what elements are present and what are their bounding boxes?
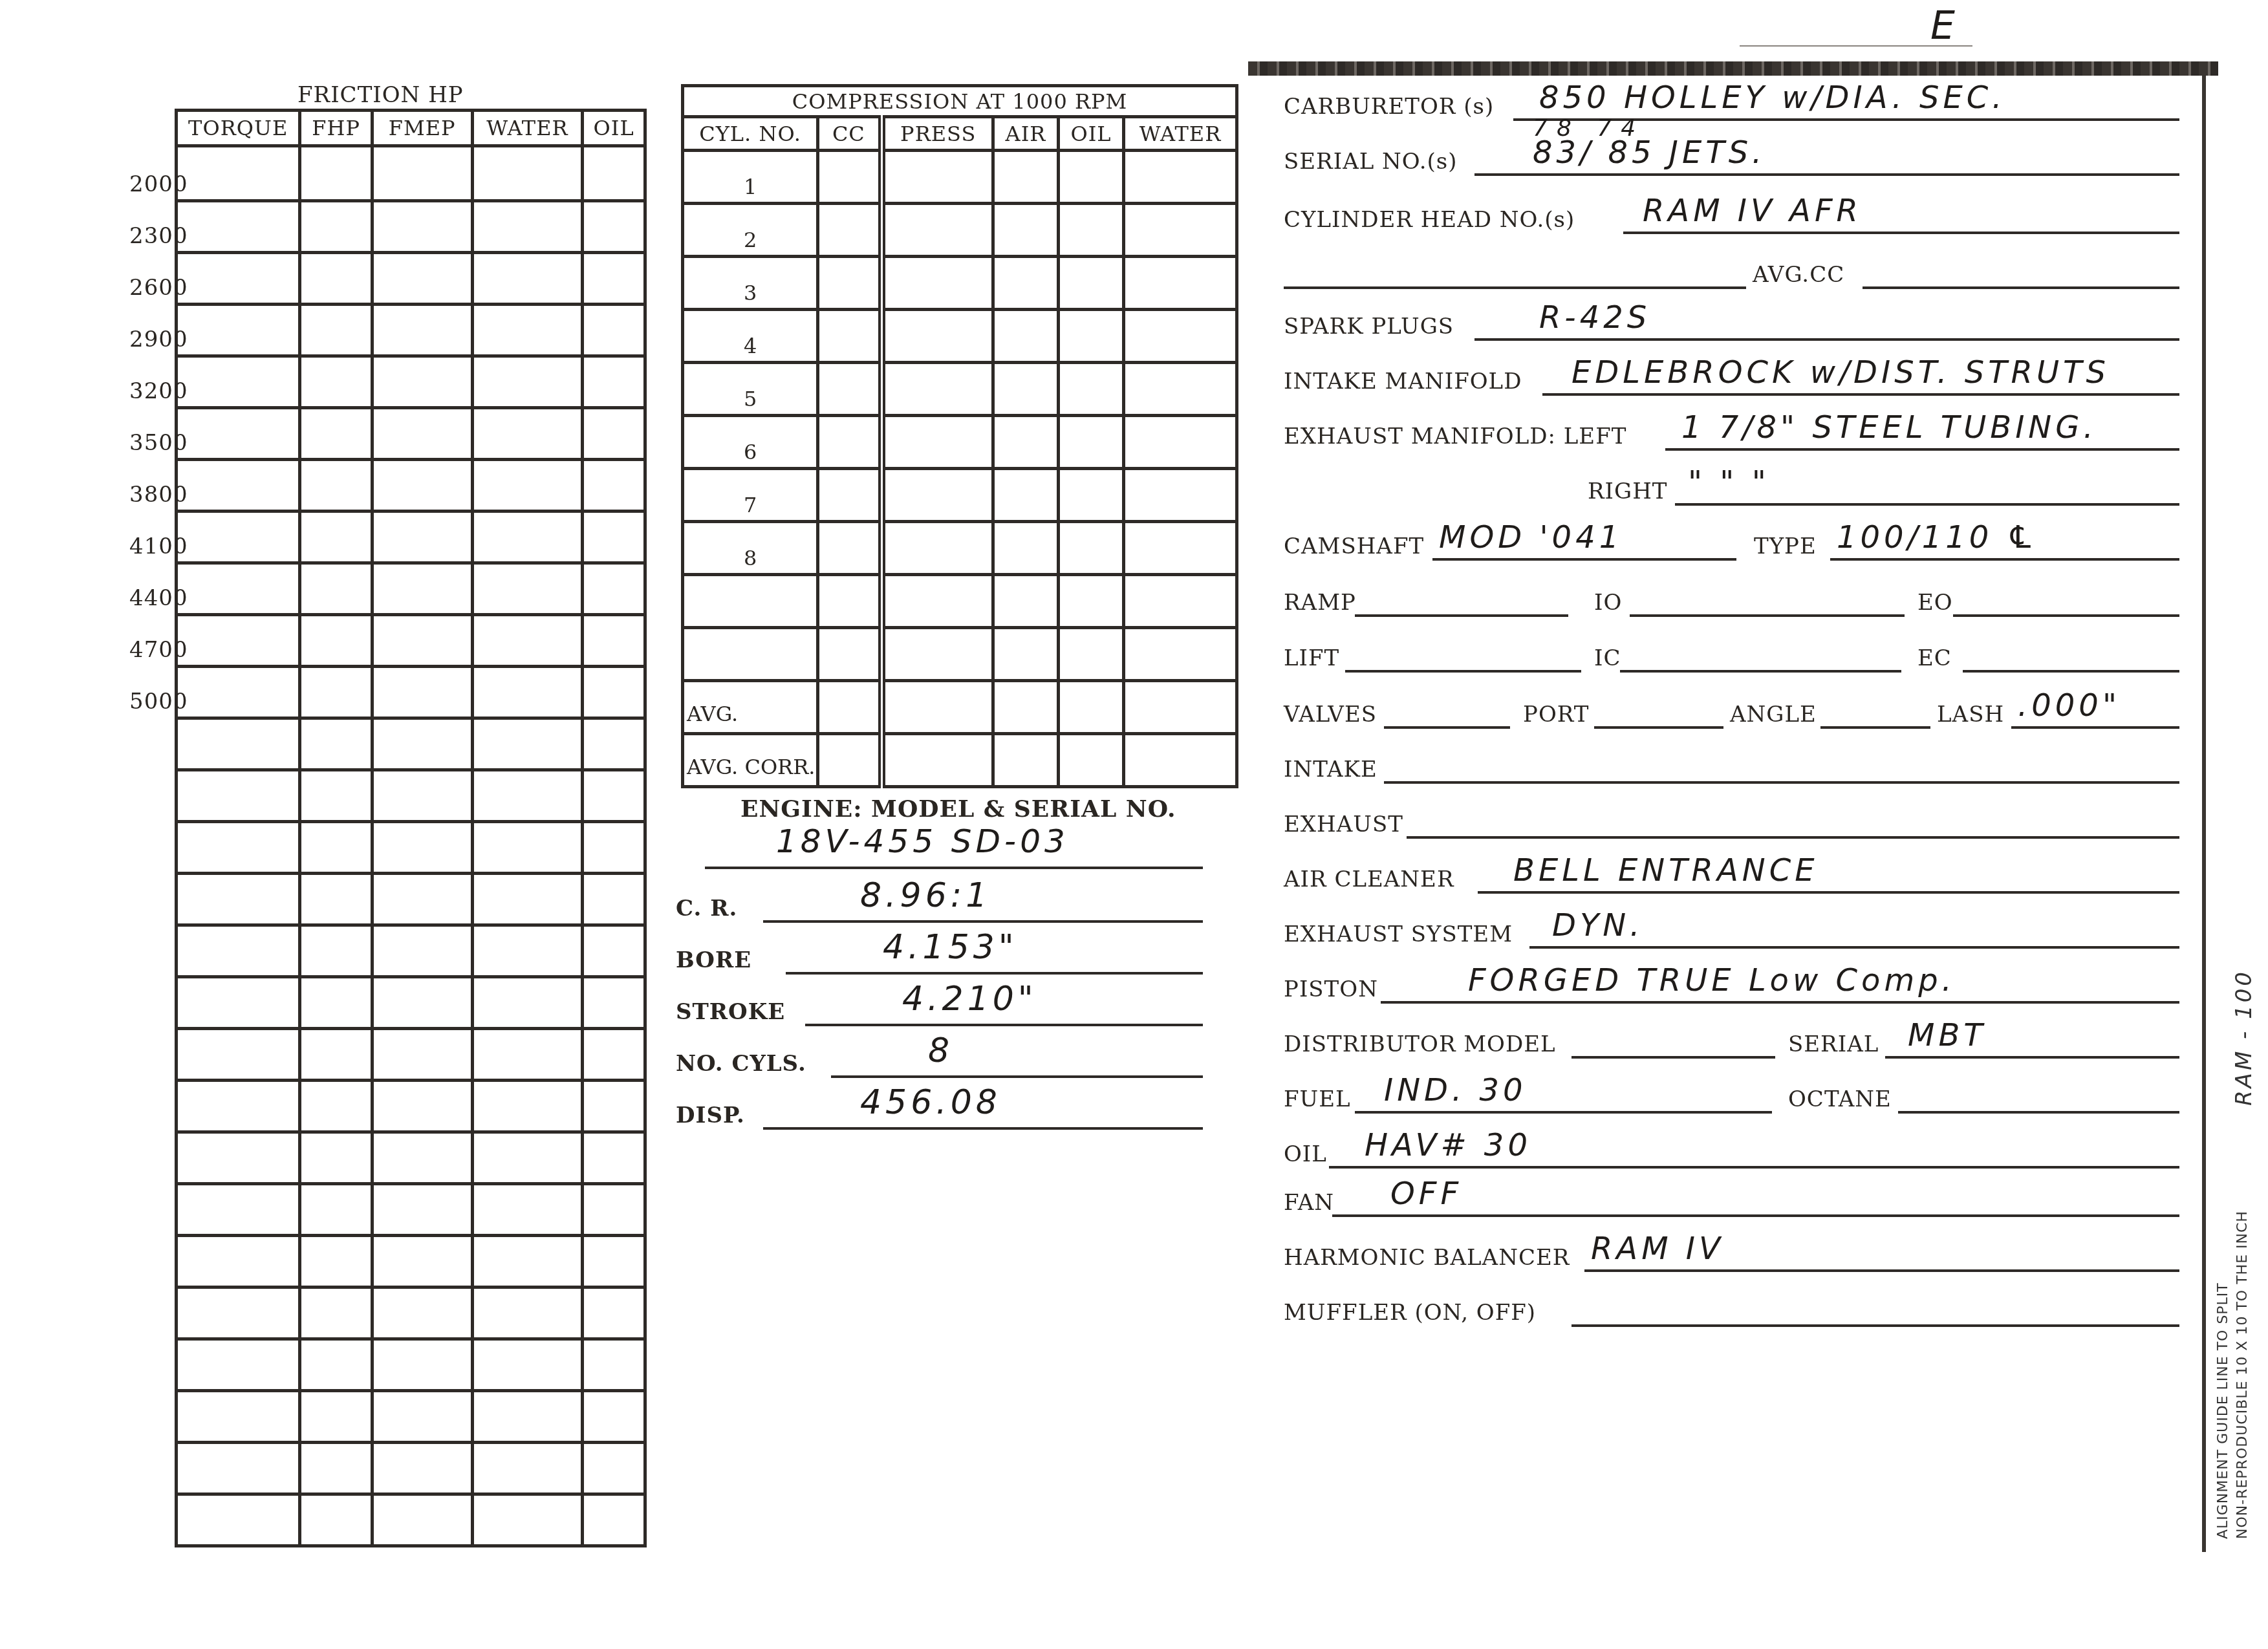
friction-cell[interactable] — [583, 1236, 645, 1288]
friction-cell[interactable] — [300, 718, 372, 770]
friction-cell[interactable] — [177, 615, 300, 667]
friction-cell[interactable] — [372, 667, 472, 718]
distributor-serial-line — [1885, 1056, 2179, 1059]
exhaust-left-label: EXHAUST MANIFOLD: LEFT — [1284, 424, 1626, 449]
compression-cell[interactable] — [818, 416, 881, 469]
friction-cell[interactable] — [300, 512, 372, 563]
compression-cell[interactable] — [818, 151, 881, 204]
ic-field[interactable] — [1620, 631, 1901, 669]
compression-row — [683, 628, 1237, 681]
friction-cell[interactable] — [472, 770, 583, 822]
friction-cell[interactable] — [472, 1236, 583, 1288]
io-field[interactable] — [1630, 576, 1905, 613]
friction-cell[interactable] — [472, 201, 583, 253]
cylinder-number-cell: 3 — [683, 257, 818, 310]
distributor-model-field[interactable] — [1571, 1017, 1775, 1055]
compression-cell[interactable] — [1124, 204, 1237, 257]
friction-cell[interactable] — [472, 1081, 583, 1132]
compression-row: AVG. CORR. — [683, 734, 1237, 787]
exhaust-right-line — [1675, 503, 2179, 506]
friction-cell[interactable] — [472, 925, 583, 977]
friction-cell[interactable] — [300, 822, 372, 874]
friction-rpm-label: 4400 — [129, 585, 188, 611]
friction-cell[interactable] — [583, 874, 645, 925]
port-field[interactable] — [1594, 687, 1723, 725]
friction-cell[interactable] — [372, 356, 472, 408]
friction-cell[interactable] — [583, 563, 645, 615]
compression-cell[interactable] — [993, 575, 1058, 628]
compression-cell[interactable] — [993, 522, 1058, 575]
friction-cell[interactable] — [583, 1132, 645, 1184]
friction-row — [177, 770, 645, 822]
compression-row: 4 — [683, 310, 1237, 363]
valve-exhaust-line — [1407, 836, 2179, 839]
compression-cell[interactable] — [1059, 575, 1124, 628]
friction-cell[interactable] — [177, 253, 300, 305]
friction-cell[interactable] — [472, 253, 583, 305]
friction-cell[interactable] — [372, 1494, 472, 1546]
compression-cell[interactable] — [993, 363, 1058, 416]
friction-cell[interactable] — [300, 253, 372, 305]
friction-cell[interactable] — [472, 1029, 583, 1081]
friction-cell[interactable] — [300, 874, 372, 925]
compression-row: 8 — [683, 522, 1237, 575]
compression-cell[interactable] — [881, 416, 993, 469]
lash-field[interactable]: .000" — [2018, 687, 2186, 725]
friction-cell[interactable] — [372, 146, 472, 201]
compression-cell[interactable] — [881, 204, 993, 257]
friction-cell[interactable] — [583, 1494, 645, 1546]
compression-cell[interactable] — [1059, 363, 1124, 416]
friction-cell[interactable] — [300, 460, 372, 512]
friction-cell[interactable] — [583, 615, 645, 667]
friction-cell[interactable] — [583, 460, 645, 512]
friction-cell[interactable] — [372, 615, 472, 667]
friction-cell[interactable] — [583, 512, 645, 563]
friction-cell[interactable] — [300, 1029, 372, 1081]
octane-field[interactable] — [1898, 1072, 2179, 1110]
friction-cell[interactable] — [372, 822, 472, 874]
compression-cell[interactable] — [1124, 469, 1237, 522]
exhaust-left-field[interactable]: 1 7/8" STEEL TUBING. — [1681, 409, 2196, 447]
engine-field-label: STROKE — [676, 999, 785, 1025]
exhaust-right-field[interactable]: " " " — [1688, 464, 2192, 502]
friction-cell[interactable] — [583, 822, 645, 874]
serial-no-line — [1474, 173, 2179, 176]
friction-cell[interactable] — [372, 1339, 472, 1391]
compression-cell[interactable] — [881, 310, 993, 363]
compression-cell[interactable] — [993, 257, 1058, 310]
cylinder-number-cell: AVG. — [683, 681, 818, 734]
air-cleaner-field[interactable]: BELL ENTRANCE — [1513, 852, 2215, 890]
cylinder-label: 2 — [684, 208, 816, 252]
friction-cell[interactable] — [472, 305, 583, 356]
friction-cell[interactable] — [583, 1184, 645, 1236]
compression-cell[interactable] — [881, 151, 993, 204]
cam-type-field[interactable]: 100/110 ℄ — [1837, 519, 2186, 557]
compression-row: 5 — [683, 363, 1237, 416]
friction-cell[interactable] — [583, 1288, 645, 1339]
friction-hp-table: TORQUEFHPFMEPWATEROIL — [175, 109, 647, 1547]
compression-cell[interactable] — [1059, 628, 1124, 681]
friction-cell[interactable] — [300, 667, 372, 718]
cylinder-head-field[interactable]: RAM IV AFR — [1643, 193, 2199, 230]
compression-cell[interactable] — [1124, 151, 1237, 204]
compression-cell[interactable] — [818, 469, 881, 522]
compression-cell[interactable] — [1059, 734, 1124, 787]
compression-cell[interactable] — [993, 151, 1058, 204]
friction-cell[interactable] — [300, 146, 372, 201]
friction-cell[interactable] — [472, 460, 583, 512]
friction-col-header: OIL — [583, 111, 645, 146]
friction-cell[interactable] — [472, 356, 583, 408]
piston-field[interactable]: FORGED TRUE Low Comp. — [1468, 962, 2267, 1000]
friction-cell[interactable] — [372, 1236, 472, 1288]
friction-cell[interactable] — [583, 408, 645, 460]
engine-field-line — [805, 1024, 1203, 1026]
friction-cell[interactable] — [372, 1029, 472, 1081]
friction-cell[interactable] — [583, 770, 645, 822]
friction-cell[interactable] — [472, 1132, 583, 1184]
friction-cell[interactable] — [177, 146, 300, 201]
friction-cell[interactable] — [177, 460, 300, 512]
friction-cell[interactable] — [177, 925, 300, 977]
friction-cell[interactable] — [300, 1081, 372, 1132]
friction-cell[interactable] — [177, 1391, 300, 1443]
compression-cell[interactable] — [1124, 681, 1237, 734]
compression-cell[interactable] — [993, 681, 1058, 734]
friction-rpm-label: 5000 — [129, 689, 188, 715]
friction-row — [177, 460, 645, 512]
friction-cell[interactable] — [372, 1391, 472, 1443]
friction-cell[interactable] — [372, 770, 472, 822]
compression-cell[interactable] — [818, 575, 881, 628]
fan-label: FAN — [1284, 1190, 1334, 1216]
serial-no-label: SERIAL NO.(s) — [1284, 149, 1458, 175]
lift-line — [1345, 670, 1581, 673]
compression-table: COMPRESSION AT 1000 RPM CYL. NO.CCPRESSA… — [681, 84, 1238, 788]
compression-cell[interactable] — [1059, 522, 1124, 575]
friction-cell[interactable] — [583, 146, 645, 201]
lift-field[interactable] — [1345, 631, 1581, 669]
friction-cell[interactable] — [372, 563, 472, 615]
friction-rpm-label: 2300 — [129, 223, 188, 249]
friction-cell[interactable] — [300, 1494, 372, 1546]
compression-cell[interactable] — [1059, 204, 1124, 257]
friction-cell[interactable] — [177, 1339, 300, 1391]
friction-cell[interactable] — [177, 822, 300, 874]
compression-cell[interactable] — [683, 628, 818, 681]
compression-cell[interactable] — [881, 469, 993, 522]
friction-cell[interactable] — [300, 356, 372, 408]
friction-cell[interactable] — [372, 460, 472, 512]
friction-cell[interactable] — [472, 512, 583, 563]
engine-field-value[interactable]: 4.210" — [902, 980, 1037, 1018]
friction-cell[interactable] — [300, 1236, 372, 1288]
friction-cell[interactable] — [177, 1081, 300, 1132]
friction-cell[interactable] — [472, 1494, 583, 1546]
friction-cell[interactable] — [372, 1132, 472, 1184]
friction-row — [177, 408, 645, 460]
friction-cell[interactable] — [177, 201, 300, 253]
friction-cell[interactable] — [177, 356, 300, 408]
cylinder-head-extra-field[interactable] — [1284, 248, 1746, 285]
ramp-field[interactable] — [1355, 576, 1568, 613]
friction-cell[interactable] — [472, 1391, 583, 1443]
cylinder-label: 1 — [684, 155, 816, 199]
spark-plugs-line — [1474, 338, 2179, 341]
friction-cell[interactable] — [583, 305, 645, 356]
compression-cell[interactable] — [993, 416, 1058, 469]
compression-col-header: OIL — [1059, 117, 1124, 151]
friction-cell[interactable] — [177, 1288, 300, 1339]
compression-cell[interactable] — [1124, 575, 1237, 628]
friction-cell[interactable] — [472, 667, 583, 718]
friction-cell[interactable] — [300, 408, 372, 460]
friction-row — [177, 1029, 645, 1081]
friction-cell[interactable] — [583, 356, 645, 408]
friction-row — [177, 1132, 645, 1184]
friction-cell[interactable] — [177, 1029, 300, 1081]
compression-cell[interactable] — [1124, 363, 1237, 416]
friction-cell[interactable] — [472, 822, 583, 874]
angle-field[interactable] — [1820, 687, 1930, 725]
friction-row — [177, 822, 645, 874]
cylinder-head-label: CYLINDER HEAD NO.(s) — [1284, 207, 1575, 233]
friction-cell[interactable] — [472, 1288, 583, 1339]
friction-cell[interactable] — [177, 770, 300, 822]
oil-field[interactable]: HAV# 30 — [1365, 1127, 2215, 1165]
friction-cell[interactable] — [300, 1391, 372, 1443]
friction-cell[interactable] — [177, 1443, 300, 1494]
harmonic-balancer-label: HARMONIC BALANCER — [1284, 1245, 1570, 1271]
friction-cell[interactable] — [177, 1132, 300, 1184]
friction-cell[interactable] — [177, 408, 300, 460]
engine-field-line — [763, 920, 1203, 923]
friction-cell[interactable] — [300, 1132, 372, 1184]
friction-cell[interactable] — [372, 1081, 472, 1132]
compression-cell[interactable] — [1059, 416, 1124, 469]
lash-line — [2011, 726, 2179, 729]
compression-cell[interactable] — [1124, 522, 1237, 575]
right-border — [2202, 65, 2206, 1552]
friction-cell[interactable] — [300, 977, 372, 1029]
friction-cell[interactable] — [372, 408, 472, 460]
friction-cell[interactable] — [177, 1494, 300, 1546]
harmonic-balancer-line — [1584, 1269, 2179, 1272]
compression-cell[interactable] — [1124, 628, 1237, 681]
compression-cell[interactable] — [1124, 734, 1237, 787]
friction-rpm-label: 4700 — [129, 637, 188, 663]
compression-cell[interactable] — [993, 628, 1058, 681]
friction-cell[interactable] — [300, 770, 372, 822]
compression-cell[interactable] — [1059, 310, 1124, 363]
compression-cell[interactable] — [881, 522, 993, 575]
friction-col-header: TORQUE — [177, 111, 300, 146]
cylinder-number-cell: 7 — [683, 469, 818, 522]
friction-cell[interactable] — [300, 1443, 372, 1494]
friction-cell[interactable] — [583, 253, 645, 305]
friction-cell[interactable] — [372, 1443, 472, 1494]
friction-cell[interactable] — [472, 615, 583, 667]
intake-manifold-label: INTAKE MANIFOLD — [1284, 369, 1522, 394]
fan-field[interactable]: OFF — [1390, 1176, 2238, 1213]
exhaust-system-field[interactable]: DYN. — [1552, 907, 2202, 945]
harmonic-balancer-field[interactable]: RAM IV — [1591, 1231, 2186, 1268]
friction-cell[interactable] — [372, 1184, 472, 1236]
friction-cell[interactable] — [372, 512, 472, 563]
lift-label: LIFT — [1284, 645, 1339, 671]
friction-cell[interactable] — [177, 512, 300, 563]
intake-manifold-line — [1542, 393, 2179, 396]
carburetor-field[interactable]: 850 HOLLEY w/DIA. SEC. — [1539, 80, 2205, 117]
friction-cell[interactable] — [583, 667, 645, 718]
compression-cell[interactable] — [993, 734, 1058, 787]
friction-cell[interactable] — [583, 1443, 645, 1494]
friction-cell[interactable] — [472, 1339, 583, 1391]
valve-exhaust-field[interactable] — [1407, 797, 2179, 835]
compression-cell[interactable] — [683, 575, 818, 628]
camshaft-field[interactable]: MOD '041 — [1439, 519, 1743, 557]
friction-cell[interactable] — [372, 201, 472, 253]
compression-cell[interactable] — [818, 204, 881, 257]
friction-cell[interactable] — [472, 408, 583, 460]
compression-cell[interactable] — [881, 734, 993, 787]
friction-cell[interactable] — [372, 718, 472, 770]
compression-cell[interactable] — [881, 575, 993, 628]
compression-cell[interactable] — [1059, 257, 1124, 310]
fuel-field[interactable]: IND. 30 — [1384, 1072, 1801, 1110]
friction-cell[interactable] — [300, 1339, 372, 1391]
friction-cell[interactable] — [583, 1081, 645, 1132]
ec-field[interactable] — [1963, 631, 2179, 669]
friction-cell[interactable] — [583, 1029, 645, 1081]
friction-cell[interactable] — [472, 146, 583, 201]
friction-cell[interactable] — [300, 201, 372, 253]
distributor-serial-field[interactable]: MBT — [1908, 1017, 2202, 1055]
camshaft-label: CAMSHAFT — [1284, 533, 1424, 559]
compression-cell[interactable] — [818, 522, 881, 575]
friction-cell[interactable] — [472, 1184, 583, 1236]
friction-cell[interactable] — [583, 977, 645, 1029]
compression-cell[interactable] — [818, 681, 881, 734]
compression-cell[interactable] — [1124, 310, 1237, 363]
friction-cell[interactable] — [372, 253, 472, 305]
compression-cell[interactable] — [818, 628, 881, 681]
valve-intake-line — [1384, 781, 2179, 784]
avg-cc-field[interactable] — [1875, 248, 2192, 285]
engine-model-serial[interactable]: 18V-455 SD-03 — [776, 823, 1069, 860]
compression-cell[interactable] — [1059, 681, 1124, 734]
octane-line — [1898, 1111, 2179, 1114]
compression-cell[interactable] — [1059, 151, 1124, 204]
friction-cell[interactable] — [472, 563, 583, 615]
fuel-label: FUEL — [1284, 1086, 1351, 1112]
cylinder-label: 4 — [684, 314, 816, 358]
friction-cell[interactable] — [583, 1391, 645, 1443]
compression-cell[interactable] — [818, 734, 881, 787]
engine-field-value[interactable]: 456.08 — [860, 1083, 1001, 1122]
compression-row: 3 — [683, 257, 1237, 310]
engine-field-label: C. R. — [676, 896, 737, 921]
compression-cell[interactable] — [881, 257, 993, 310]
intake-manifold-field[interactable]: EDLEBROCK w/DIST. STRUTS — [1571, 354, 2209, 392]
compression-cell[interactable] — [1059, 469, 1124, 522]
friction-cell[interactable] — [177, 563, 300, 615]
friction-cell[interactable] — [372, 305, 472, 356]
compression-cell[interactable] — [881, 363, 993, 416]
distributor-serial-label: SERIAL — [1788, 1031, 1879, 1057]
friction-cell[interactable] — [472, 1443, 583, 1494]
friction-cell[interactable] — [177, 874, 300, 925]
friction-cell[interactable] — [372, 977, 472, 1029]
friction-cell[interactable] — [372, 925, 472, 977]
friction-row — [177, 1494, 645, 1546]
spark-plugs-field[interactable]: R-42S — [1539, 299, 2244, 337]
valves-field[interactable] — [1384, 687, 1510, 725]
compression-cell[interactable] — [818, 257, 881, 310]
friction-cell[interactable] — [177, 1236, 300, 1288]
friction-cell[interactable] — [177, 1184, 300, 1236]
compression-cell[interactable] — [993, 204, 1058, 257]
compression-cell[interactable] — [1124, 257, 1237, 310]
compression-cell[interactable] — [881, 628, 993, 681]
avg-cc-label: AVG.CC — [1753, 262, 1844, 288]
compression-cell[interactable] — [818, 363, 881, 416]
friction-cell[interactable] — [177, 305, 300, 356]
friction-cell[interactable] — [583, 1339, 645, 1391]
engine-field-value[interactable]: 8 — [928, 1031, 953, 1070]
friction-cell[interactable] — [472, 977, 583, 1029]
friction-row — [177, 615, 645, 667]
friction-rpm-label: 2900 — [129, 327, 188, 352]
friction-row — [177, 563, 645, 615]
friction-cell[interactable] — [472, 874, 583, 925]
friction-cell[interactable] — [300, 925, 372, 977]
compression-cell[interactable] — [818, 310, 881, 363]
friction-cell[interactable] — [300, 1288, 372, 1339]
friction-cell[interactable] — [177, 718, 300, 770]
friction-cell[interactable] — [300, 1184, 372, 1236]
muffler-field[interactable] — [1571, 1286, 2179, 1323]
engine-field-value[interactable]: 4.153" — [883, 928, 1018, 967]
friction-cell[interactable] — [300, 563, 372, 615]
compression-cell[interactable] — [881, 681, 993, 734]
octane-label: OCTANE — [1788, 1086, 1892, 1112]
engine-field-value[interactable]: 8.96:1 — [860, 876, 991, 915]
compression-cell[interactable] — [1124, 416, 1237, 469]
friction-cell[interactable] — [372, 1288, 472, 1339]
muffler-line — [1571, 1324, 2179, 1327]
friction-cell[interactable] — [472, 718, 583, 770]
friction-cell[interactable] — [583, 201, 645, 253]
top-rule — [1740, 45, 1972, 47]
friction-cell[interactable] — [177, 977, 300, 1029]
compression-cell[interactable] — [993, 469, 1058, 522]
compression-row — [683, 575, 1237, 628]
eo-field[interactable] — [1953, 576, 2179, 613]
engine-field-line — [763, 1127, 1203, 1130]
friction-cell[interactable] — [300, 615, 372, 667]
valve-intake-field[interactable] — [1384, 742, 2179, 780]
friction-cell[interactable] — [177, 667, 300, 718]
friction-cell[interactable] — [583, 925, 645, 977]
compression-cell[interactable] — [993, 310, 1058, 363]
friction-cell[interactable] — [583, 718, 645, 770]
io-line — [1630, 614, 1905, 617]
friction-cell[interactable] — [372, 874, 472, 925]
friction-cell[interactable] — [300, 305, 372, 356]
